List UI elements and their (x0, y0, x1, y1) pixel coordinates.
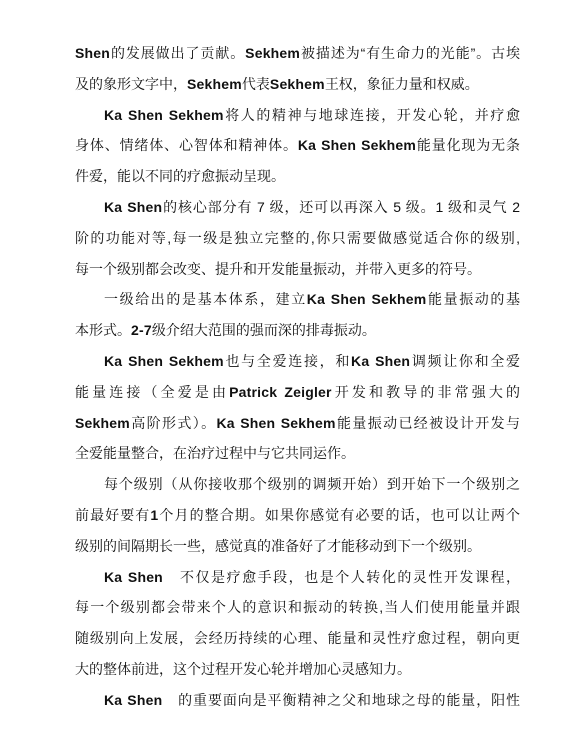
text-line: Shen的发展做出了贡献。Sekhem被描述为“有生命力的光能”。古埃 (75, 38, 520, 69)
text-run: 不仅是疗愈手段，也是个人转化的灵性开发课程， (163, 569, 520, 585)
text-line: 本形式。2-7级介绍大范围的强而深的排毒振动。 (75, 315, 520, 346)
text-run: 的核心部分有 7 级，还可以再深入 5 级。1 级和灵气 2 (162, 199, 520, 215)
text-run: 每个级别（从你接收那个级别的调频开始）到开始下一个级别之 (104, 476, 520, 492)
text-line: 阶的功能对等,每一级是独立完整的,你只需要做感觉适合你的级别, (75, 223, 520, 254)
text-run: 级别的间隔期长一些，感觉真的准备好了才能移动到下一个级别。 (75, 538, 481, 554)
text-run: 每一个级别都会改变、提升和开发能量振动，并带入更多的符号。 (75, 261, 481, 277)
text-line: 及的象形文字中，Sekhem代表Sekhem王权，象征力量和权威。 (75, 69, 520, 100)
text-line: 级别的间隔期长一些，感觉真的准备好了才能移动到下一个级别。 (75, 531, 520, 562)
bold-term: Sekhem (270, 76, 325, 92)
text-run: 个月的整合期。如果你感觉有必要的话，也可以让两个 (158, 507, 520, 523)
text-run: 高阶形式）。 (130, 415, 217, 431)
text-line: Ka Shen Sekhem将人的精神与地球连接，开发心轮，并疗愈 (75, 100, 520, 131)
text-line: 身体、情绪体、心智体和精神体。Ka Shen Sekhem能量化现为无条 (75, 130, 520, 161)
text-line: 前最好要有1个月的整合期。如果你感觉有必要的话，也可以让两个 (75, 500, 520, 531)
bold-term: Sekhem (75, 415, 130, 431)
text-line: 一级给出的是基本体系，建立Ka Shen Sekhem能量振动的基 (75, 284, 520, 315)
text-run: 王权，象征力量和权威。 (325, 76, 479, 92)
text-line: Ka Shen的核心部分有 7 级，还可以再深入 5 级。1 级和灵气 2 (75, 192, 520, 223)
text-line: 每一个级别都会带来个人的意识和振动的转换,当人们使用能量并跟 (75, 592, 520, 623)
text-run: 能量化现为无条 (416, 137, 520, 153)
text-line: Sekhem高阶形式）。Ka Shen Sekhem能量振动已经被设计开发与 (75, 408, 520, 439)
bold-term: Ka Shen Sekhem (104, 353, 224, 369)
text-run: 大的整体前进，这个过程开发心轮并增加心灵感知力。 (75, 661, 411, 677)
text-run: 本形式。 (75, 322, 131, 338)
text-run: 开发和教导的非常强大的 (332, 384, 520, 400)
text-run: 每一个级别都会带来个人的意识和振动的转换,当人们使用能量并跟 (75, 599, 520, 615)
text-line: Ka Shen 的重要面向是平衡精神之父和地球之母的能量，阳性 (75, 685, 520, 716)
text-line: Ka Shen 不仅是疗愈手段，也是个人转化的灵性开发课程， (75, 562, 520, 593)
bold-term: Ka Shen Sekhem (216, 415, 335, 431)
text-run: 阶的功能对等,每一级是独立完整的,你只需要做感觉适合你的级别, (75, 230, 520, 246)
text-line: 件爱，能以不同的疗愈振动呈现。 (75, 161, 520, 192)
bold-term: Ka Shen Sekhem (298, 137, 416, 153)
text-line: Ka Shen Sekhem也与全爱连接，和Ka Shen调频让你和全爱 (75, 346, 520, 377)
text-run: 件爱，能以不同的疗愈振动呈现。 (75, 168, 285, 184)
text-run: 能量振动已经被设计开发与 (336, 415, 520, 431)
text-run: 一级给出的是基本体系，建立 (104, 291, 307, 307)
text-run: 的发展做出了贡献。 (110, 45, 245, 61)
text-run: 随级别向上发展，会经历持续的心理、能量和灵性疗愈过程，朝向更 (75, 630, 520, 646)
text-run: 全爱能量整合，在治疗过程中与它共同运作。 (75, 445, 355, 461)
text-line: 大的整体前进，这个过程开发心轮并增加心灵感知力。 (75, 654, 520, 685)
bold-term: Patrick Zeigler (229, 384, 332, 400)
bold-term: Ka Shen (351, 353, 410, 369)
text-run: 身体、情绪体、心智体和精神体。 (75, 137, 298, 153)
bold-term: 2-7 (131, 322, 152, 338)
text-run: 级介绍大范围的强而深的排毒振动。 (152, 322, 376, 338)
text-run: 能量振动的基 (426, 291, 520, 307)
text-line: 随级别向上发展，会经历持续的心理、能量和灵性疗愈过程，朝向更 (75, 623, 520, 654)
document-page: Shen的发展做出了贡献。Sekhem被描述为“有生命力的光能”。古埃及的象形文… (0, 0, 563, 745)
text-line: 能量连接（全爱是由Patrick Zeigler开发和教导的非常强大的 (75, 377, 520, 408)
text-run: 调频让你和全爱 (410, 353, 520, 369)
text-run: 将人的精神与地球连接，开发心轮，并疗愈 (224, 107, 520, 123)
text-run: 也与全爱连接，和 (224, 353, 351, 369)
text-run: 代表 (242, 76, 270, 92)
bold-term: Ka Shen (104, 692, 162, 708)
text-run: 被描述为“有生命力的光能”。古埃 (300, 45, 520, 61)
bold-term: Ka Shen (104, 199, 162, 215)
bold-term: Sekhem (245, 45, 300, 61)
text-line: 每个级别（从你接收那个级别的调频开始）到开始下一个级别之 (75, 469, 520, 500)
text-run: 前最好要有 (75, 507, 150, 523)
document-text: Shen的发展做出了贡献。Sekhem被描述为“有生命力的光能”。古埃及的象形文… (75, 38, 520, 716)
text-run: 的重要面向是平衡精神之父和地球之母的能量，阳性 (162, 692, 520, 708)
text-run: 能量连接（全爱是由 (75, 384, 229, 400)
text-line: 每一个级别都会改变、提升和开发能量振动，并带入更多的符号。 (75, 254, 520, 285)
bold-term: Ka Shen (104, 569, 163, 585)
bold-term: Ka Shen Sekhem (104, 107, 224, 123)
bold-term: Shen (75, 45, 110, 61)
text-line: 全爱能量整合，在治疗过程中与它共同运作。 (75, 438, 520, 469)
text-run: 及的象形文字中， (75, 76, 187, 92)
bold-term: Sekhem (187, 76, 242, 92)
bold-term: Ka Shen Sekhem (307, 291, 427, 307)
